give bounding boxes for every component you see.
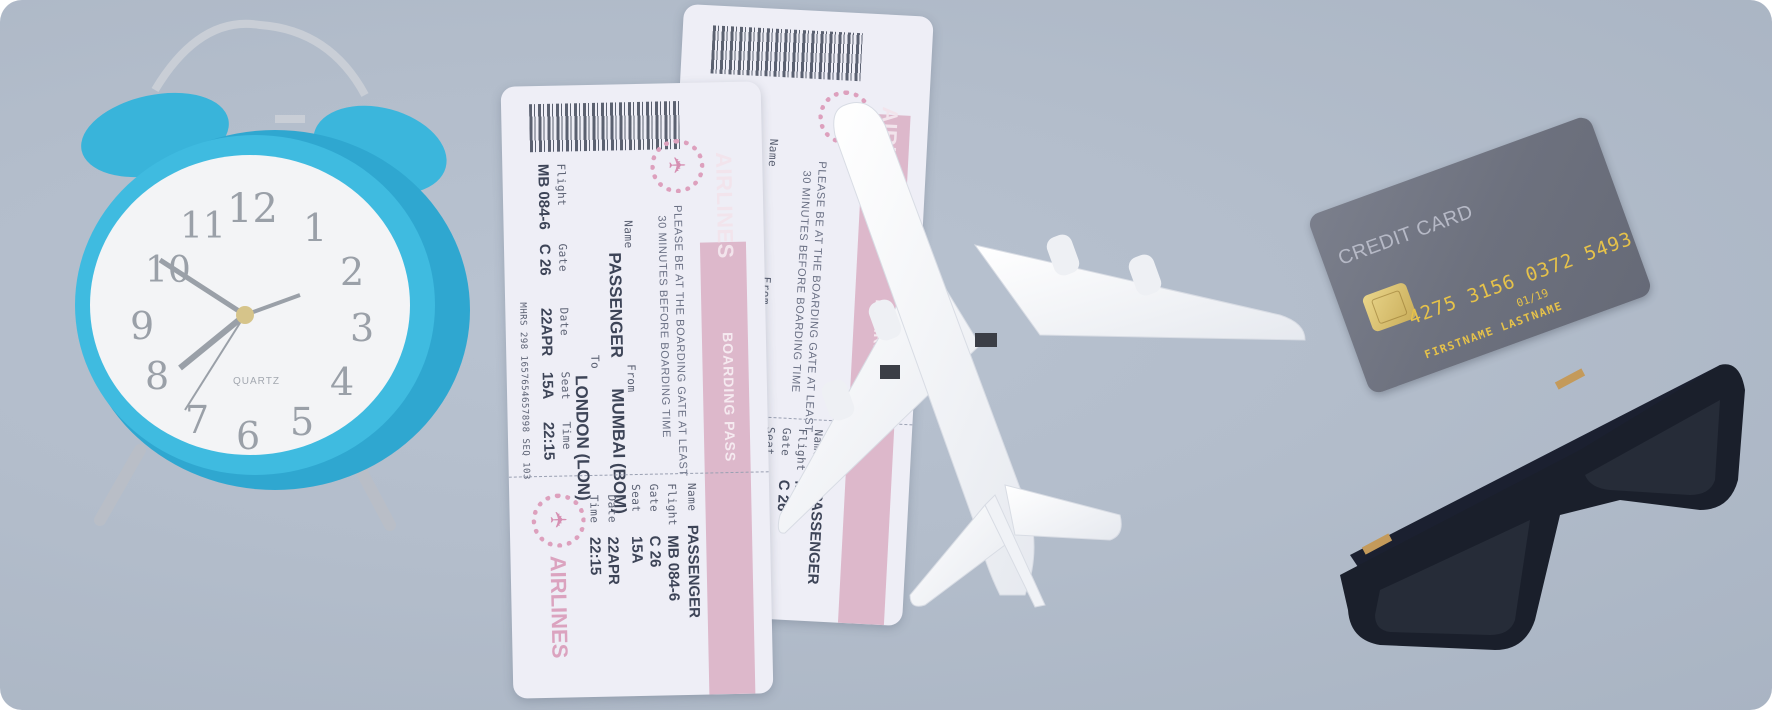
to-label: To xyxy=(588,355,601,370)
to-value: LONDON (LON) xyxy=(571,375,594,501)
alarm-clock: 12 1 2 3 4 5 6 7 8 9 10 11 QUARTZ xyxy=(60,10,480,550)
clock-numeral-7: 7 xyxy=(185,398,209,442)
clock-numeral-8: 8 xyxy=(145,354,169,398)
clock-numeral-4: 4 xyxy=(330,360,354,404)
stub-flight-value: MB 084-6 xyxy=(664,535,682,601)
clock-numeral-5: 5 xyxy=(290,400,314,444)
stub-name-label: Name xyxy=(685,483,699,512)
barcode-icon xyxy=(711,25,863,81)
passenger-name: PASSENGER xyxy=(604,252,626,358)
stub-time-label: Time xyxy=(587,495,601,524)
boarding-pass-label: BOARDING PASS xyxy=(720,332,739,463)
clock-numeral-11: 11 xyxy=(180,206,226,247)
boarding-notice-line1: PLEASE BE AT THE BOARDING GATE AT LEAST xyxy=(671,205,689,477)
gate-label: Gate xyxy=(556,243,570,272)
stub-seat-value: 15A xyxy=(628,536,646,564)
name-label: Name xyxy=(621,220,635,249)
stub-date-label: Date xyxy=(605,494,619,523)
clock-numeral-2: 2 xyxy=(340,250,364,294)
stub-gate-value: C 26 xyxy=(646,535,664,567)
alarm-clock-illustration xyxy=(60,10,480,550)
clock-numeral-3: 3 xyxy=(350,306,374,350)
barcode-icon xyxy=(529,101,680,152)
date-label: Date xyxy=(557,307,571,336)
sunglasses xyxy=(1320,340,1760,660)
date-value: 22APR xyxy=(537,308,555,357)
stub-time-value: 22:15 xyxy=(586,537,604,576)
seat-value: 15A xyxy=(539,372,557,400)
card-title: CREDIT CARD xyxy=(1335,201,1476,271)
clock-numeral-6: 6 xyxy=(236,414,260,458)
clock-brand: QUARTZ xyxy=(233,376,280,387)
stub-name-value: PASSENGER xyxy=(684,525,703,618)
stub-seat-label: Seat xyxy=(629,484,643,513)
airline-name: AIRLINES xyxy=(710,152,738,259)
stub-airline-name: AIRLINES xyxy=(544,555,572,658)
stub-date-value: 22APR xyxy=(604,536,622,585)
clock-numeral-12: 12 xyxy=(227,186,278,232)
stub-flight-label: Flight xyxy=(665,483,679,526)
boarding-notice-line2: 30 MINUTES BEFORE BOARDING TIME xyxy=(655,215,672,438)
time-value: 22:15 xyxy=(540,422,558,461)
ticket-band xyxy=(700,242,755,695)
ticket-serial: MHRS 298 1657654657898 SEQ 103 xyxy=(517,302,531,480)
time-label: Time xyxy=(560,421,574,450)
clock-numeral-10: 10 xyxy=(145,250,191,291)
clock-numeral-9: 9 xyxy=(130,304,154,348)
gate-value: C 26 xyxy=(536,244,554,276)
airline-seal-icon: ✈ xyxy=(650,139,705,194)
clock-numeral-1: 1 xyxy=(303,206,327,250)
seat-label: Seat xyxy=(559,371,573,400)
sunglasses-illustration xyxy=(1320,340,1760,660)
flight-label: Flight xyxy=(554,163,568,206)
travel-photo: 12 1 2 3 4 5 6 7 8 9 10 11 QUARTZ ✈ AIRL… xyxy=(0,0,1772,710)
stub-gate-label: Gate xyxy=(647,484,661,513)
stub-seal-icon: ✈ xyxy=(531,493,586,548)
flight-value: MB 084-6 xyxy=(534,164,552,230)
boarding-pass-front: ✈ AIRLINES BOARDING PASS PLEASE BE AT TH… xyxy=(501,81,774,698)
